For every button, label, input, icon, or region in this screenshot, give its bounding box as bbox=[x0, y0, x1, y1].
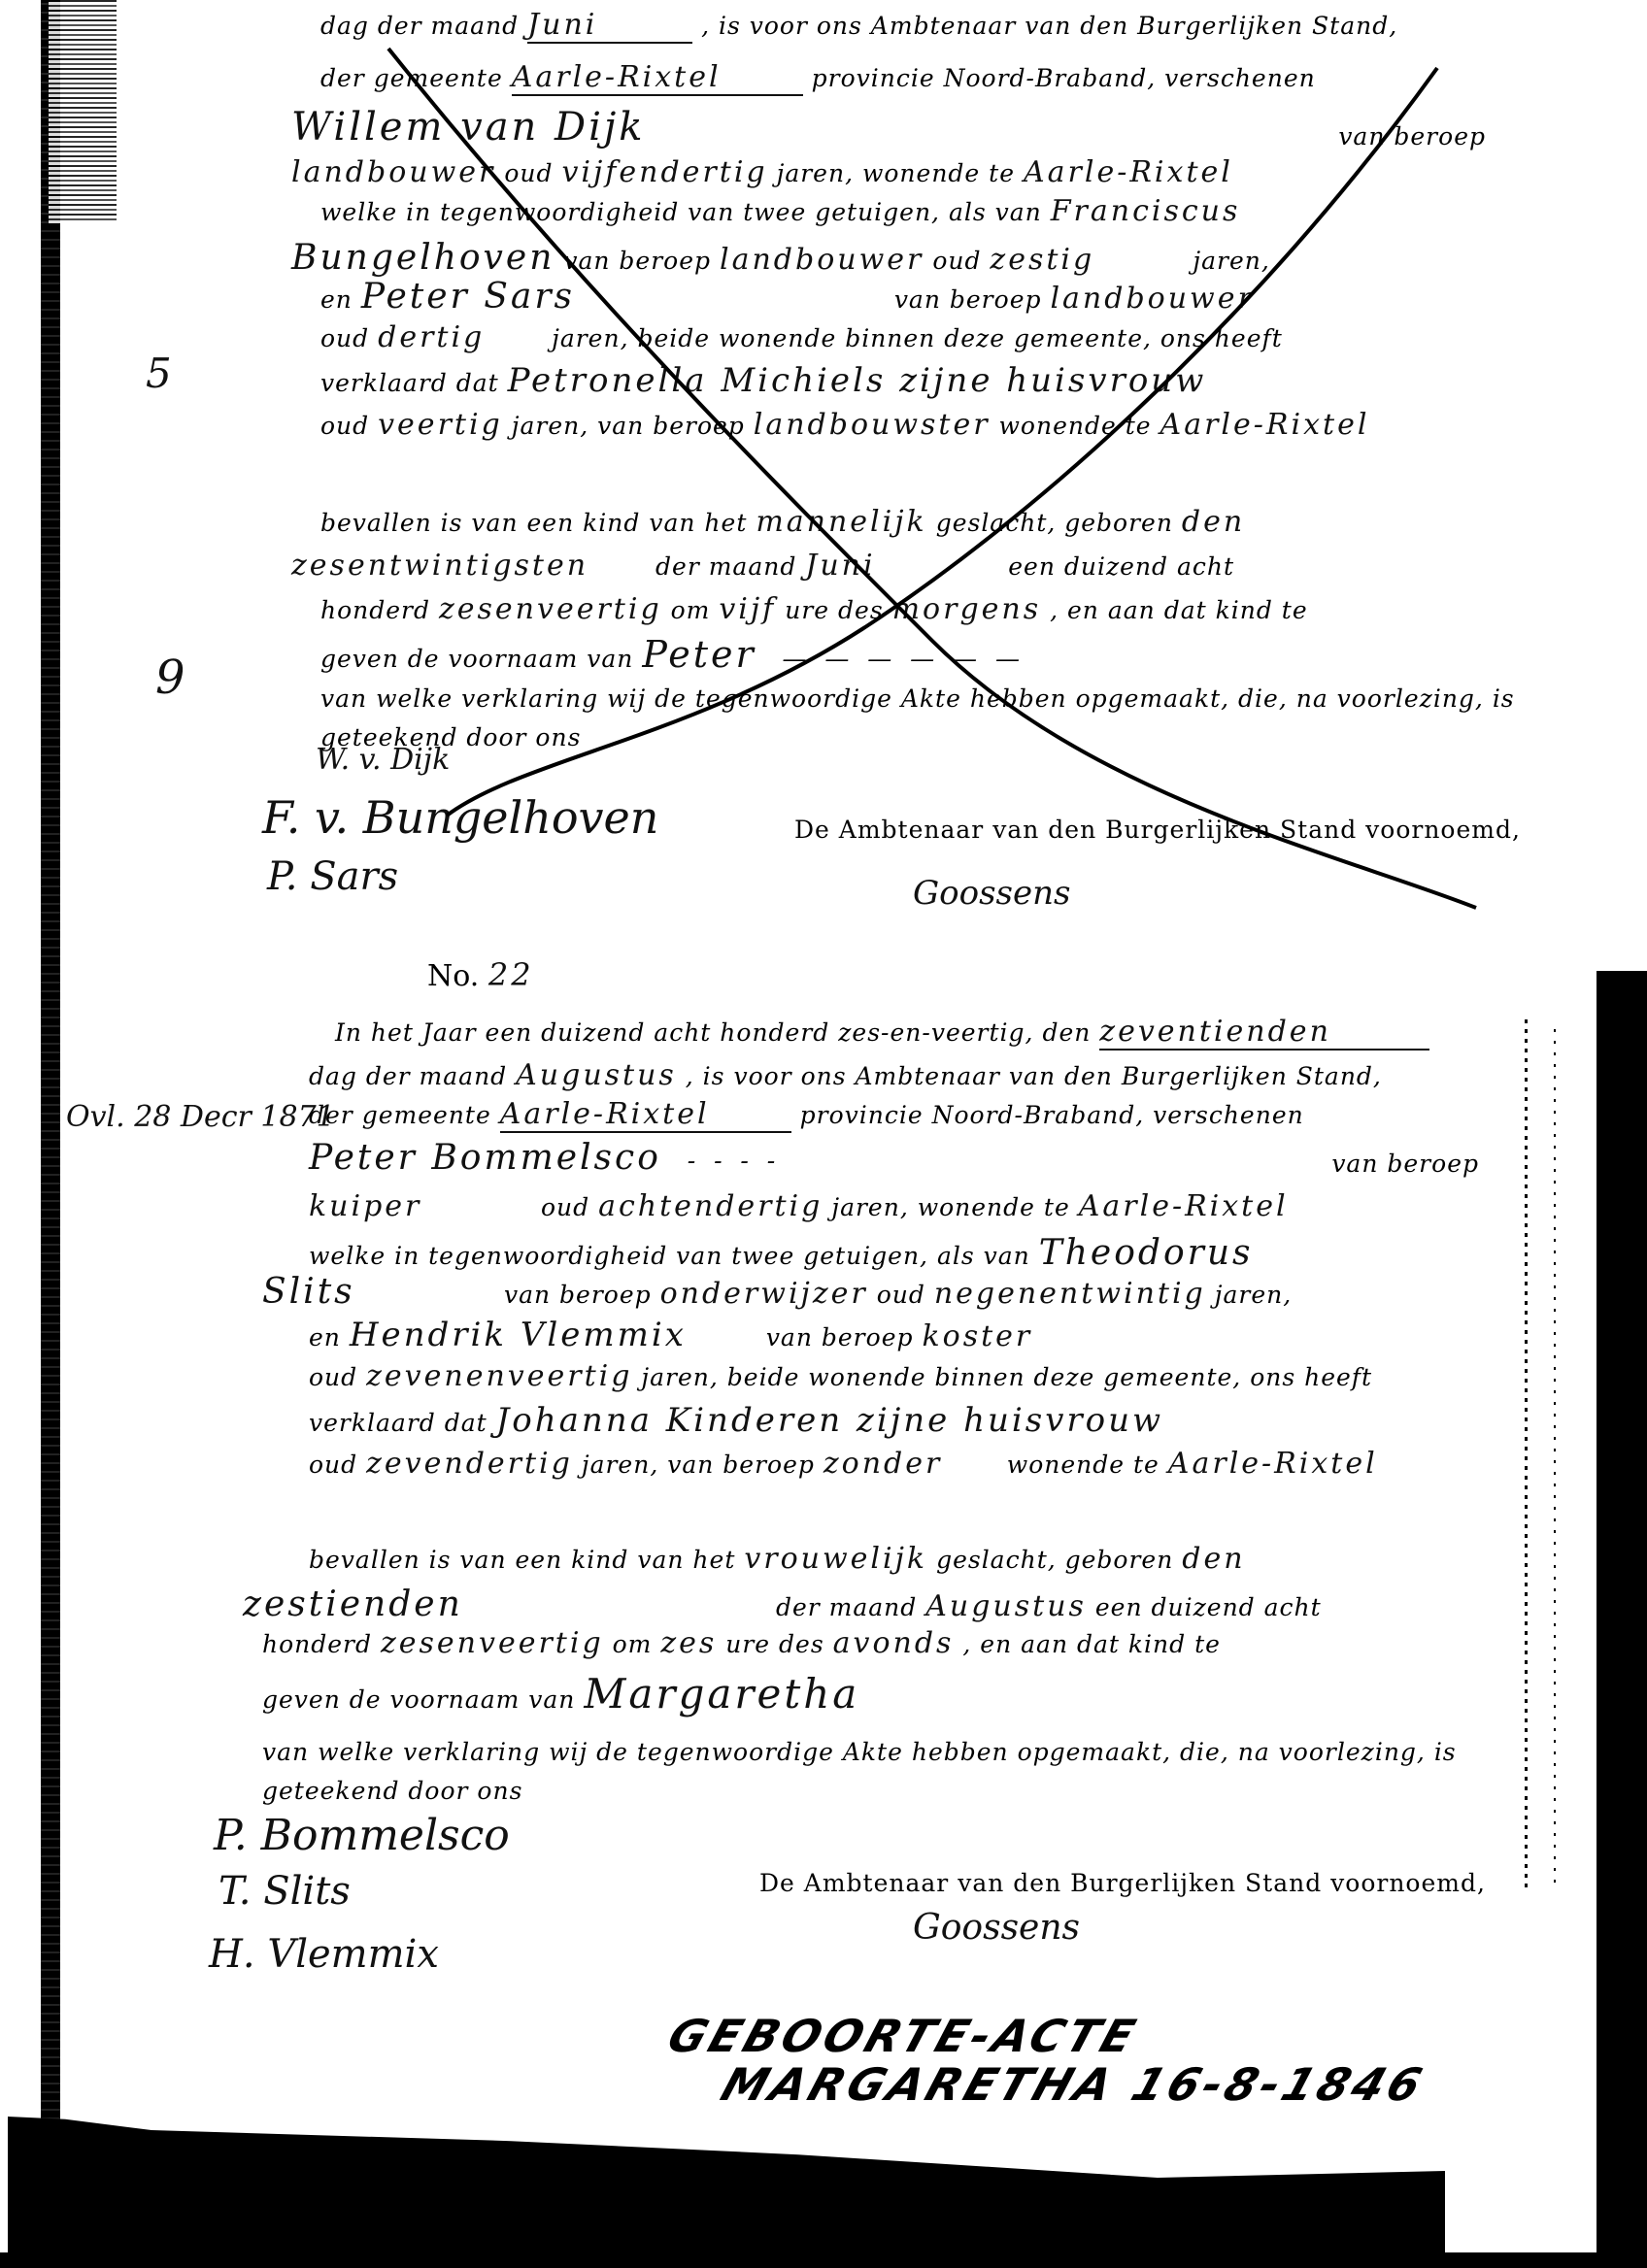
lower-line-11: oud zevendertig jaren, van beroep zonder… bbox=[309, 1447, 1378, 1481]
handwritten-child-name-margaretha: Margaretha bbox=[584, 1670, 859, 1718]
upper-line-14: geven de voornaam van Peter — — — — — — bbox=[320, 633, 1021, 676]
lower-line-15: geven de voornaam van Margaretha bbox=[262, 1670, 859, 1718]
lower-line-2: dag der maand Augustus , is voor ons Amb… bbox=[309, 1058, 1382, 1092]
lower-line-17: geteekend door ons bbox=[262, 1777, 522, 1805]
lower-line-7: Slits van beroep onderwijzer oud negenen… bbox=[262, 1272, 1292, 1312]
lower-line-16: van welke verklaring wij de tegenwoordig… bbox=[262, 1738, 1457, 1766]
annotation-name-date: MARGARETHA 16-8-1846 bbox=[715, 2058, 1431, 2111]
upper-line-1: dag der maand Juni , is voor ons Ambtena… bbox=[320, 8, 1397, 44]
scan-bottom-shadow bbox=[8, 2117, 1445, 2252]
upper-line-2: der gemeente Aarle-Rixtel provincie Noor… bbox=[320, 60, 1316, 96]
upper-line-4: landbouwer oud vijfendertig jaren, wonen… bbox=[291, 155, 1233, 189]
signature-father: W. v. Dijk bbox=[316, 743, 450, 777]
upper-line-12: zesentwintigsten der maand Juni een duiz… bbox=[291, 549, 1234, 583]
handwritten-child-name: Peter bbox=[642, 633, 756, 676]
official-label-upper: De Ambtenaar van den Burgerlijken Stand … bbox=[794, 816, 1521, 844]
signature-witness-1: F. v. Bungelhoven bbox=[262, 791, 658, 844]
margin-note-death: Ovl. 28 Decr 1871 bbox=[66, 1100, 335, 1134]
scan-left-smudge bbox=[49, 0, 117, 223]
record-number: No. 22 bbox=[427, 956, 534, 993]
official-label-lower: De Ambtenaar van den Burgerlijken Stand … bbox=[759, 1869, 1486, 1897]
upper-line-6: Bungelhoven van beroep landbouwer oud ze… bbox=[291, 238, 1270, 278]
upper-line-7: en Peter Sars van beroep landbouwer bbox=[320, 277, 1255, 317]
annotation-geboorte-acte: GEBOORTE-ACTE bbox=[661, 2010, 1145, 2062]
signature-official-lower: Goossens bbox=[913, 1908, 1080, 1948]
handwritten-witness-2: Peter Sars bbox=[361, 277, 886, 317]
handwritten-mother-name: Petronella Michiels zijne huisvrouw bbox=[508, 361, 1207, 400]
handwritten-month: Juni bbox=[527, 8, 692, 44]
lower-line-8: en Hendrik Vlemmix van beroep koster bbox=[309, 1316, 1032, 1354]
margin-mark-9: 9 bbox=[155, 650, 185, 705]
upper-line-8: oud dertig jaren, beide wonende binnen d… bbox=[320, 320, 1283, 354]
signature-official-upper: Goossens bbox=[913, 874, 1070, 913]
lower-line-5: kuiper oud achtendertig jaren, wonende t… bbox=[309, 1189, 1289, 1223]
handwritten-month-august: Augustus bbox=[516, 1058, 677, 1092]
lower-line-14: honderd zesenveertig om zes ure des avon… bbox=[262, 1626, 1221, 1660]
scan-right-dotted-edge bbox=[1525, 1019, 1528, 1893]
handwritten-father-name: Peter Bommelsco bbox=[309, 1138, 661, 1178]
upper-line-10: oud veertig jaren, van beroep landbouwst… bbox=[320, 408, 1369, 442]
upper-line-5: welke in tegenwoordigheid van twee getui… bbox=[320, 194, 1240, 228]
handwritten-mother-name: Johanna Kinderen zijne huisvrouw bbox=[496, 1401, 1163, 1440]
upper-line-3: Willem van Dijk van beroep bbox=[291, 105, 1486, 150]
lower-line-9: oud zevenenveertig jaren, beide wonende … bbox=[309, 1359, 1372, 1393]
lower-line-10: verklaard dat Johanna Kinderen zijne hui… bbox=[309, 1401, 1163, 1440]
signature-witness-1: T. Slits bbox=[218, 1869, 351, 1914]
signature-witness-2: H. Vlemmix bbox=[209, 1932, 439, 1977]
upper-line-13: honderd zesenveertig om vijf ure des mor… bbox=[320, 592, 1308, 626]
signature-father: P. Bommelsco bbox=[214, 1811, 510, 1860]
scan-bottom-bar bbox=[0, 2252, 1647, 2268]
scan-right-edge-shadow bbox=[1597, 971, 1647, 2268]
scanned-document-page: 5 9 dag der maand Juni , is voor ons Amb… bbox=[0, 0, 1647, 2268]
lower-line-1: In het Jaar een duizend acht honderd zes… bbox=[335, 1015, 1429, 1051]
lower-line-3: der gemeente Aarle-Rixtel provincie Noor… bbox=[309, 1097, 1304, 1133]
handwritten-father-name: Willem van Dijk bbox=[291, 105, 646, 150]
scan-right-dotted-edge-2 bbox=[1554, 1029, 1556, 1884]
lower-line-6: welke in tegenwoordigheid van twee getui… bbox=[309, 1233, 1253, 1273]
margin-mark-5: 5 bbox=[146, 350, 172, 397]
handwritten-witness-2: Hendrik Vlemmix bbox=[350, 1316, 757, 1354]
upper-line-15: van welke verklaring wij de tegenwoordig… bbox=[320, 684, 1515, 713]
lower-line-13: zestienden der maand Augustus een duizen… bbox=[243, 1584, 1322, 1624]
lower-line-4: Peter Bommelsco - - - - van beroep bbox=[309, 1138, 1479, 1178]
scan-left-edge-shadow bbox=[41, 0, 60, 2223]
upper-line-11: bevallen is van een kind van het manneli… bbox=[320, 505, 1245, 539]
signature-witness-2: P. Sars bbox=[267, 854, 398, 899]
lower-line-12: bevallen is van een kind van het vrouwel… bbox=[309, 1542, 1246, 1576]
upper-line-9: verklaard dat Petronella Michiels zijne … bbox=[320, 361, 1206, 400]
